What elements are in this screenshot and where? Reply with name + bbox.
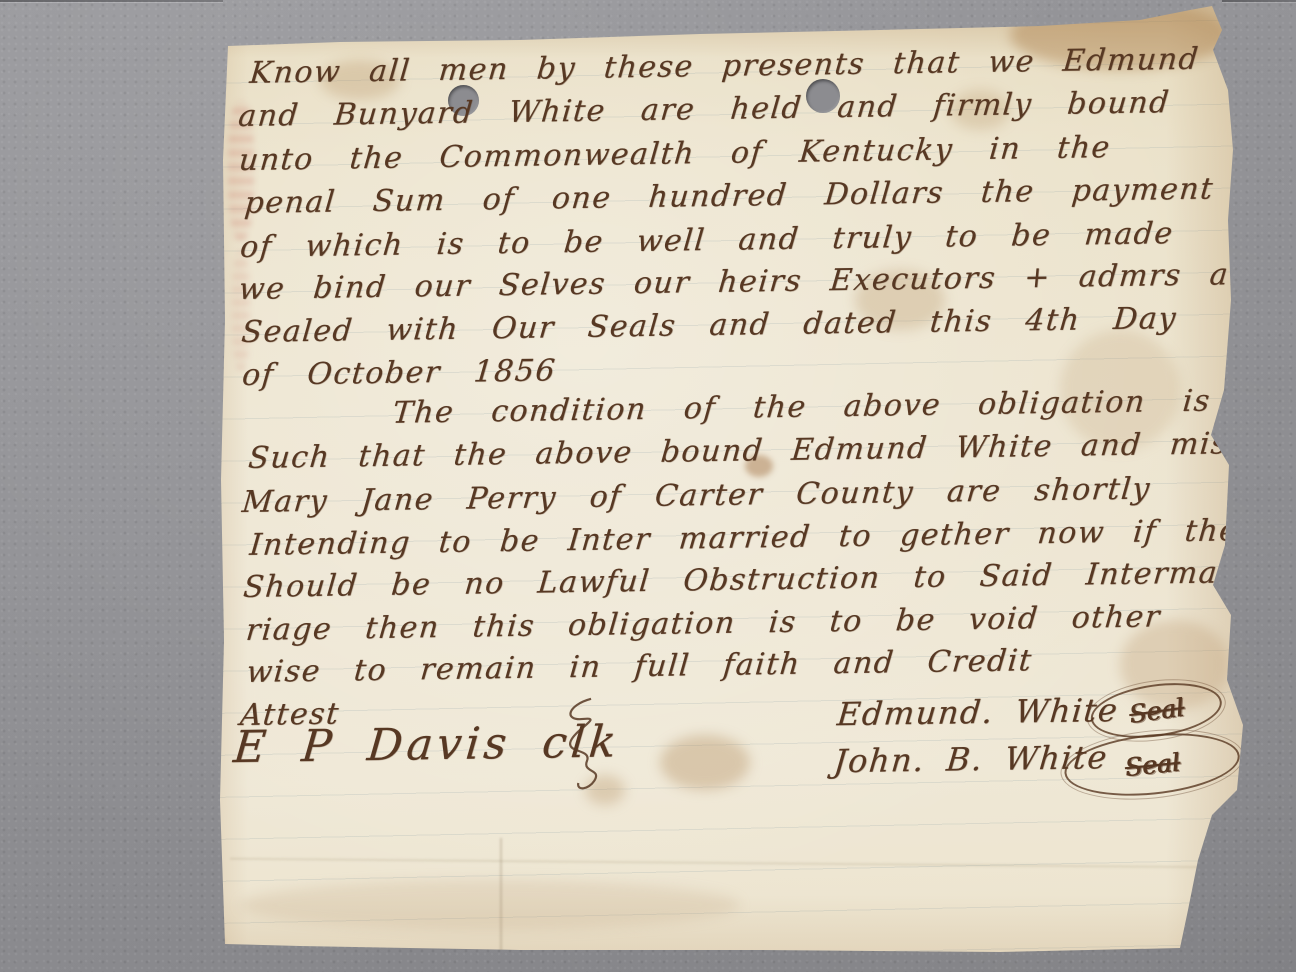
text-line: and Bunyard White are held and firmly bo…	[237, 85, 1172, 135]
signature-name: Edmund. White	[836, 692, 1120, 732]
text-line: The condition of the above obligation is	[391, 384, 1212, 432]
text-line: Should be no Lawful Obstruction to Said …	[242, 555, 1236, 606]
seal-label: Seal	[1123, 747, 1180, 781]
table-seam-left	[0, 0, 223, 2]
text-line: of which is to be well and truly to be m…	[239, 216, 1176, 266]
text-line: wise to remain in full faith and Credit	[245, 643, 1034, 691]
text-line: Such that the above bound Edmund White a…	[247, 426, 1247, 477]
text-line: Sealed with Our Seals and dated this 4th…	[240, 301, 1179, 351]
text-line: Know all men by these presents that we E…	[248, 40, 1296, 92]
table-seam-right	[1222, 0, 1296, 2]
seal-label: Seal	[1127, 692, 1185, 728]
seal-oval: Seal	[1062, 726, 1243, 804]
text-line: riage then this obligation is to be void…	[244, 599, 1162, 649]
flourish-scribble	[553, 695, 614, 796]
text-line: Mary Jane Perry of Carter County are sho…	[240, 471, 1152, 521]
text-line: we bind our Selves our heirs Executors +…	[237, 257, 1272, 308]
photo-scene: Know all men by these presents that we E…	[0, 0, 1296, 972]
text-line: of October 1856	[241, 353, 558, 394]
text-line: penal Sum of one hundred Dollars the pay…	[243, 172, 1215, 222]
text-line: unto the Commonwealth of Kentucky in the	[237, 130, 1112, 179]
